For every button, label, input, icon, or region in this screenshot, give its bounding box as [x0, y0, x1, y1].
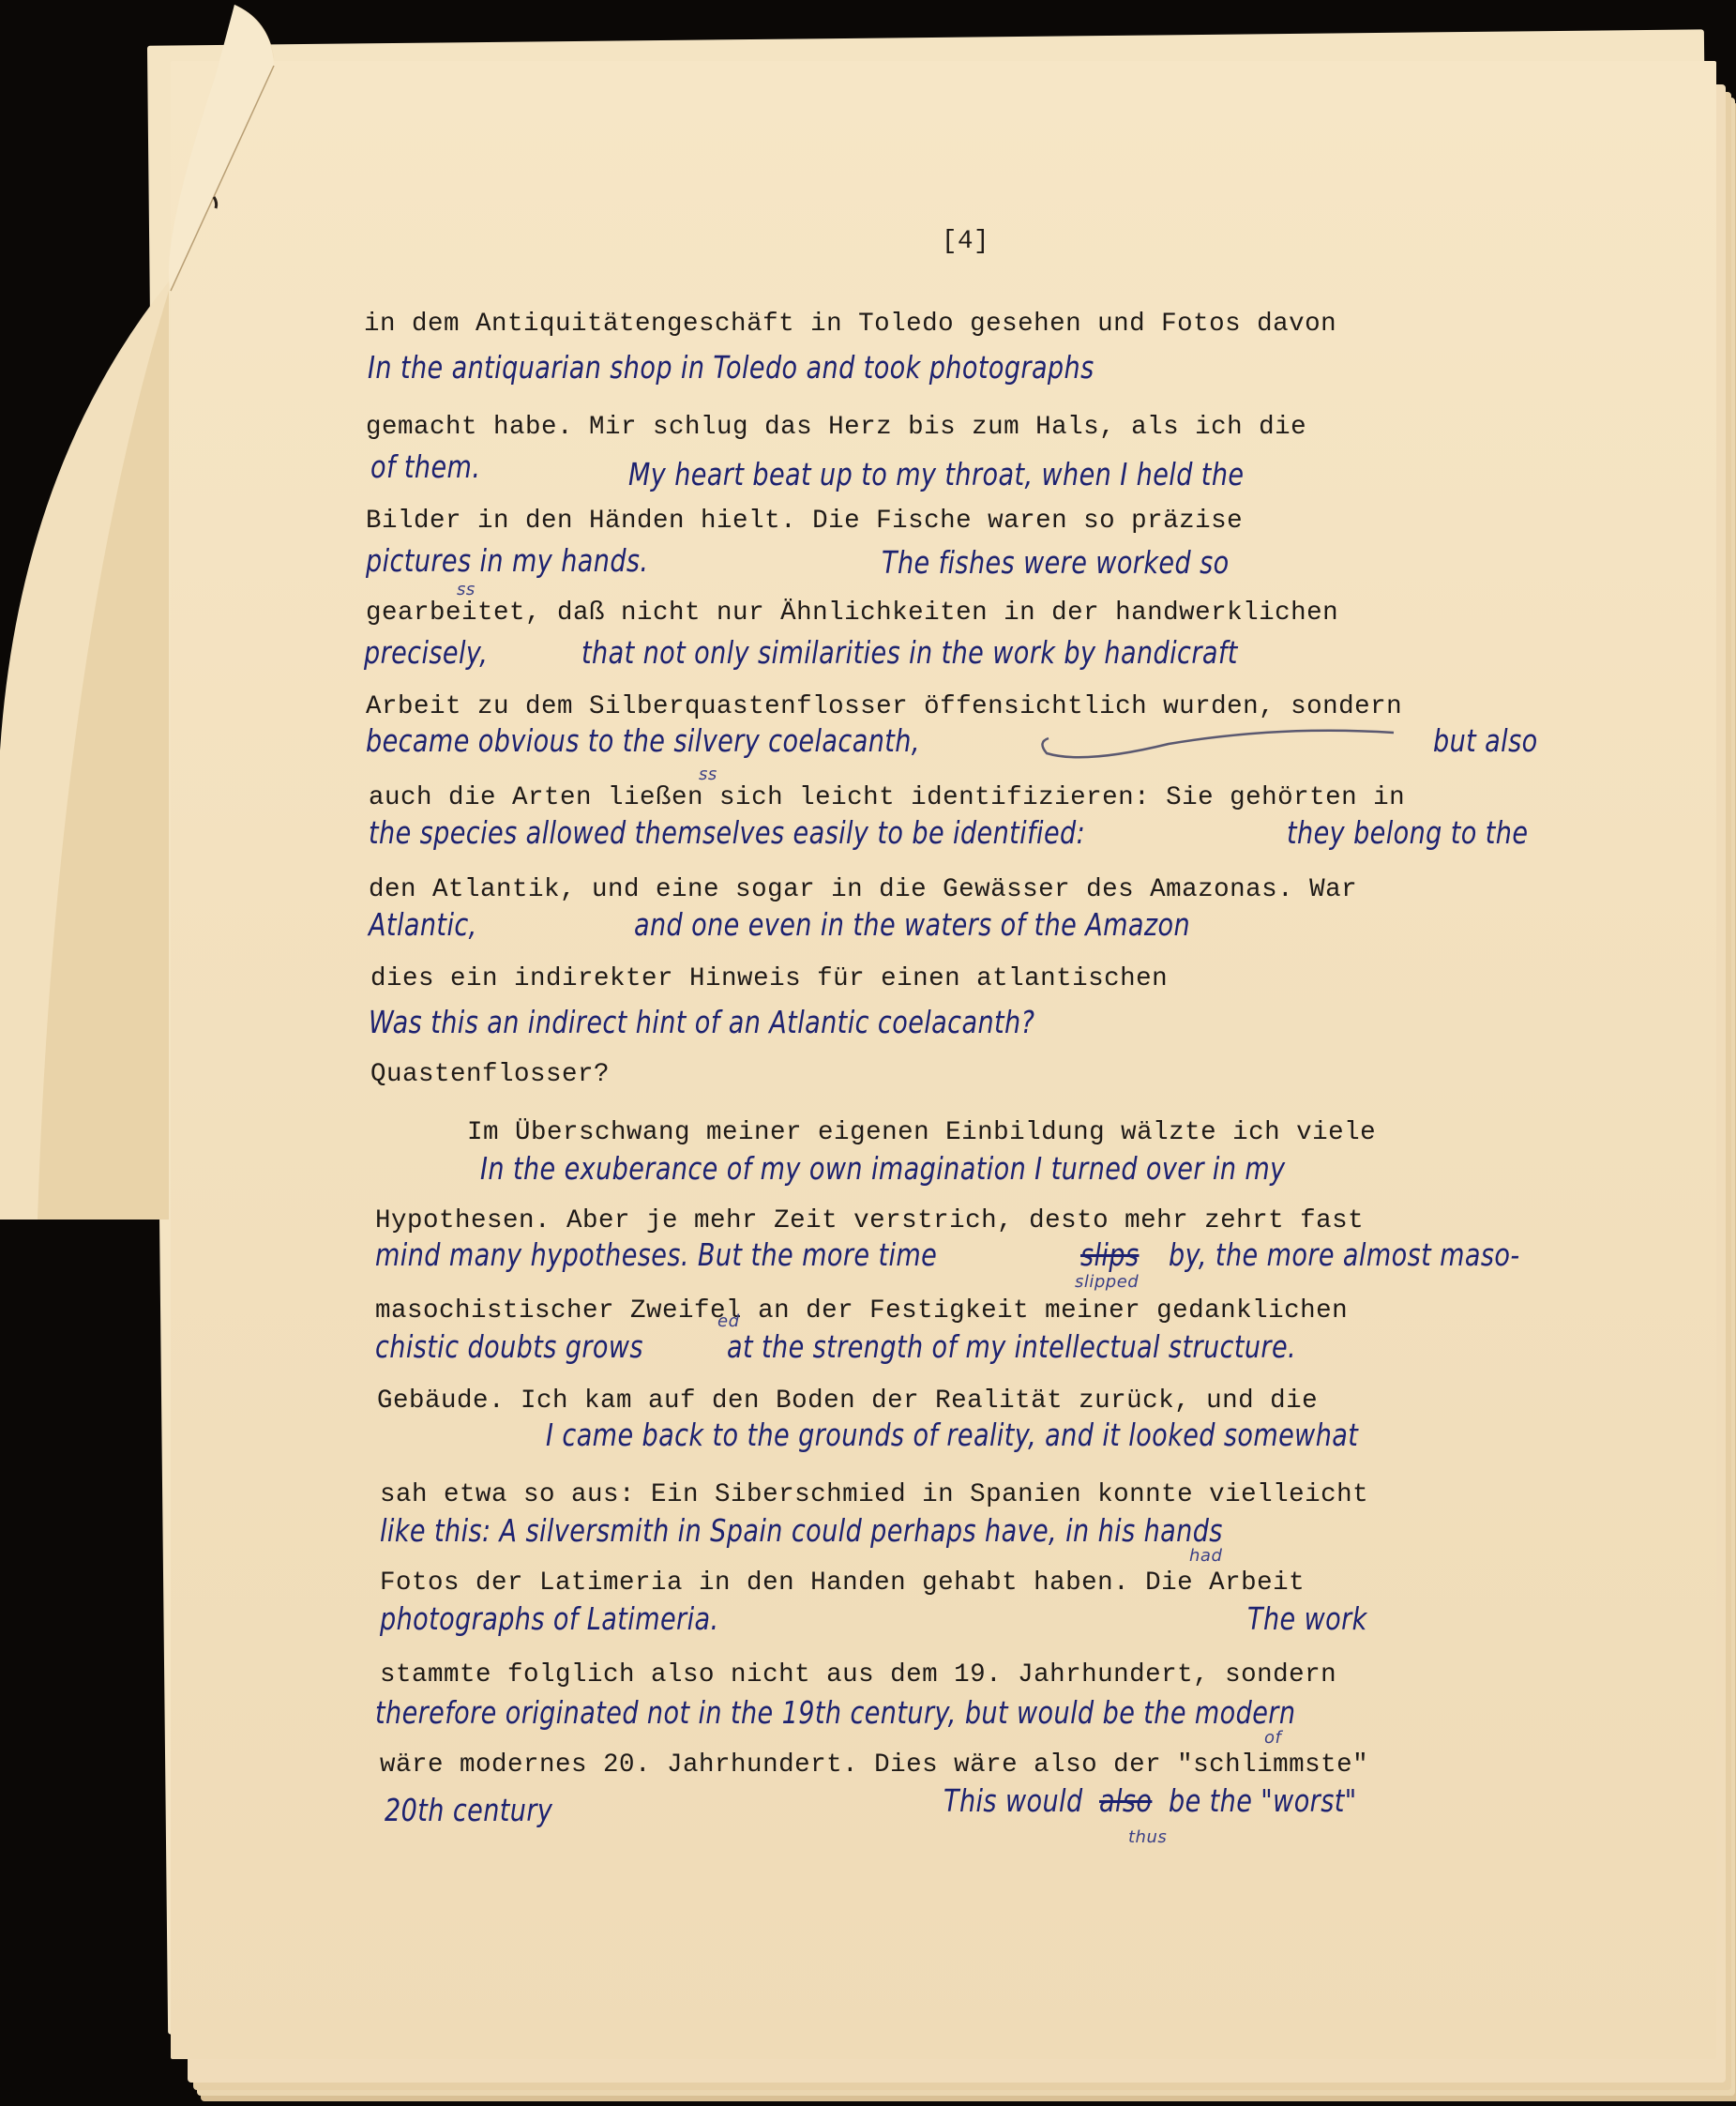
correction-mark: ss — [457, 580, 476, 599]
handwritten-line: that not only similarities in the work b… — [581, 634, 1238, 671]
typed-line: den Atlantik, und eine sogar in die Gewä… — [369, 875, 1357, 904]
insertion-text: slipped — [1075, 1272, 1139, 1292]
handwritten-line: the species allowed themselves easily to… — [369, 814, 1085, 851]
typed-line: Im Überschwang meiner eigenen Einbildung… — [467, 1118, 1376, 1147]
insertion-text: had — [1189, 1546, 1222, 1566]
typed-line: stammte folglich also nicht aus dem 19. … — [380, 1660, 1336, 1689]
typed-line: Quastenflosser? — [370, 1060, 610, 1089]
handwritten-line: like this: A silversmith in Spain could … — [380, 1512, 1223, 1549]
handwritten-line: photographs of Latimeria. — [380, 1600, 719, 1637]
typed-line: Gebäude. Ich kam auf den Boden der Reali… — [377, 1386, 1318, 1416]
insertion-text: of — [1264, 1728, 1281, 1748]
handwritten-line: they belong to the — [1287, 814, 1528, 851]
insertion-arrow — [1032, 727, 1397, 765]
typed-line: masochistischer Zweifel an der Festigkei… — [375, 1296, 1348, 1326]
typed-line: Arbeit zu dem Silberquastenflosser öffen… — [366, 692, 1402, 721]
handwritten-line: This would — [943, 1782, 1083, 1819]
struck-word: also — [1099, 1782, 1152, 1819]
handwritten-line: I came back to the grounds of reality, a… — [546, 1417, 1358, 1453]
handwritten-line: 20th century — [385, 1792, 552, 1828]
typed-line: in dem Antiquitätengeschäft in Toledo ge… — [364, 310, 1336, 339]
handwritten-line: precisely, — [364, 634, 488, 671]
handwritten-line: In the exuberance of my own imagination … — [480, 1150, 1286, 1187]
typed-line: auch die Arten ließen sich leicht identi… — [369, 783, 1405, 812]
handwritten-line: and one even in the waters of the Amazon — [634, 906, 1190, 943]
typed-line: sah etwa so aus: Ein Siberschmied in Spa… — [380, 1480, 1368, 1509]
handwritten-line: In the antiquarian shop in Toledo and to… — [368, 349, 1094, 386]
handwritten-line: mind many hypotheses. But the more time — [375, 1236, 937, 1273]
handwritten-line: of them. — [370, 448, 480, 485]
typed-line: Bilder in den Händen hielt. Die Fische w… — [366, 507, 1243, 536]
handwritten-line: chistic doubts grows — [375, 1328, 643, 1365]
correction-mark: ss — [699, 765, 717, 784]
handwritten-line: My heart beat up to my throat, when I he… — [628, 456, 1244, 492]
handwritten-line: The fishes were worked so — [882, 544, 1230, 581]
handwritten-line: by, the more almost maso- — [1169, 1236, 1520, 1273]
typed-line: wäre modernes 20. Jahrhundert. Dies wäre… — [380, 1750, 1368, 1780]
typed-line: Fotos der Latimeria in den Handen gehabt… — [380, 1568, 1305, 1598]
typed-line: Hypothesen. Aber je mehr Zeit verstrich,… — [375, 1206, 1364, 1235]
struck-word: slips — [1080, 1236, 1139, 1273]
typed-line: gearbeitet, daß nicht nur Ähnlichkeiten … — [366, 598, 1338, 628]
handwritten-line: pictures in my hands. — [366, 542, 648, 579]
handwritten-line: Atlantic, — [369, 906, 477, 943]
page-number: [4] — [942, 227, 989, 256]
handwritten-line: therefore originated not in the 19th cen… — [375, 1694, 1295, 1731]
insertion-text: thus — [1128, 1827, 1167, 1847]
handwritten-line: became obvious to the silvery coelacanth… — [366, 722, 920, 759]
handwritten-line: Was this an indirect hint of an Atlantic… — [369, 1004, 1034, 1040]
typed-line: dies ein indirekter Hinweis für einen at… — [370, 964, 1168, 993]
handwritten-line: The work — [1247, 1600, 1367, 1637]
typed-line: gemacht habe. Mir schlug das Herz bis zu… — [366, 413, 1306, 442]
handwritten-line: but also — [1433, 722, 1538, 759]
handwritten-line: be the "worst" — [1169, 1782, 1357, 1819]
handwritten-line: at the strength of my intellectual struc… — [727, 1328, 1296, 1365]
